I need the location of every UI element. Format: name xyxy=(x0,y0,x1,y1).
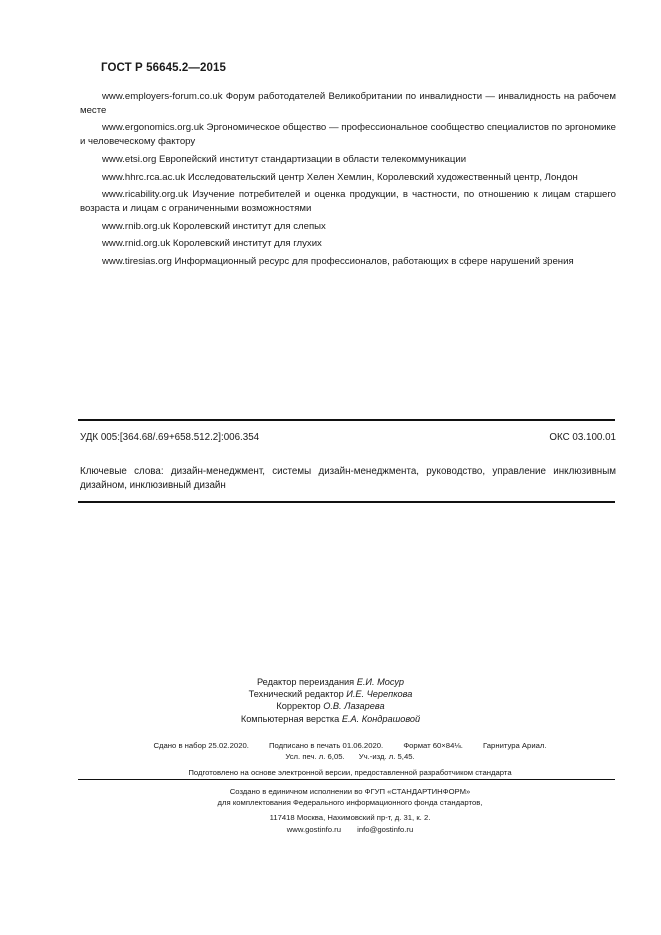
reference-item: www.hhrc.rca.ac.uk Исследовательский цен… xyxy=(80,171,616,185)
credit-line: Технический редактор И.Е. Черепкова xyxy=(0,688,661,700)
reference-item: www.etsi.org Европейский институт станда… xyxy=(80,153,616,167)
credit-role: Технический редактор xyxy=(249,689,344,699)
signed-date: Подписано в печать 01.06.2020. xyxy=(269,741,383,750)
credit-name: О.В. Лазарева xyxy=(323,701,384,711)
credit-role: Редактор переиздания xyxy=(257,677,354,687)
keywords: Ключевые слова: дизайн-менеджмент, систе… xyxy=(80,465,616,492)
publication-details: Сдано в набор 25.02.2020. Подписано в пе… xyxy=(0,740,661,762)
publisher-info: Создано в единичном исполнении во ФГУП «… xyxy=(0,786,661,808)
document-header-code: ГОСТ Р 56645.2—2015 xyxy=(101,62,226,74)
print-format: Формат 60×84⅛. xyxy=(403,741,463,750)
publication-sheets: Уч.-изд. л. 5,45. xyxy=(359,752,415,761)
publisher-links: www.gostinfo.ru info@gostinfo.ru xyxy=(0,824,661,836)
publication-line-2: Усл. печ. л. 6,05. Уч.-изд. л. 5,45. xyxy=(0,751,661,762)
credit-role: Корректор xyxy=(276,701,320,711)
classification-row: УДК 005:[364.68/.69+658.512.2]:006.354 О… xyxy=(80,432,616,443)
reference-item: www.ergonomics.org.uk Эргономическое общ… xyxy=(80,121,616,148)
print-sheets: Усл. печ. л. 6,05. xyxy=(285,752,344,761)
credit-name: И.Е. Черепкова xyxy=(346,689,412,699)
credit-line: Компьютерная верстка Е.А. Кондрашовой xyxy=(0,713,661,725)
oks-code: ОКС 03.100.01 xyxy=(549,432,616,443)
created-line-2: для комплектования Федерального информац… xyxy=(0,797,661,808)
divider-bottom xyxy=(78,779,615,780)
divider-top xyxy=(78,419,615,421)
credits-block: Редактор переиздания Е.И. Мосур Техничес… xyxy=(0,676,661,725)
references-list: www.employers-forum.co.uk Форум работода… xyxy=(80,90,616,273)
reference-item: www.employers-forum.co.uk Форум работода… xyxy=(80,90,616,117)
publisher-email[interactable]: info@gostinfo.ru xyxy=(357,825,413,834)
typeface: Гарнитура Ариал. xyxy=(483,741,546,750)
reference-item: www.rnib.org.uk Королевский институт для… xyxy=(80,220,616,234)
credit-line: Корректор О.В. Лазарева xyxy=(0,700,661,712)
reference-item: www.ricability.org.uk Изучение потребите… xyxy=(80,188,616,215)
credit-name: Е.И. Мосур xyxy=(357,677,404,687)
publication-line-1: Сдано в набор 25.02.2020. Подписано в пе… xyxy=(0,740,661,751)
credit-line: Редактор переиздания Е.И. Мосур xyxy=(0,676,661,688)
credit-name: Е.А. Кондрашовой xyxy=(342,714,420,724)
udk-code: УДК 005:[364.68/.69+658.512.2]:006.354 xyxy=(80,432,259,443)
reference-item: www.rnid.org.uk Королевский институт для… xyxy=(80,237,616,251)
created-line-1: Создано в единичном исполнении во ФГУП «… xyxy=(0,786,661,797)
prepared-note: Подготовлено на основе электронной верси… xyxy=(0,768,661,777)
publisher-contacts: 117418 Москва, Нахимовский пр-т, д. 31, … xyxy=(0,812,661,835)
publisher-website[interactable]: www.gostinfo.ru xyxy=(287,825,341,834)
typeset-date: Сдано в набор 25.02.2020. xyxy=(153,741,248,750)
publisher-address: 117418 Москва, Нахимовский пр-т, д. 31, … xyxy=(0,812,661,824)
credit-role: Компьютерная верстка xyxy=(241,714,339,724)
divider-keywords xyxy=(78,501,615,503)
reference-item: www.tiresias.org Информационный ресурс д… xyxy=(80,255,616,269)
